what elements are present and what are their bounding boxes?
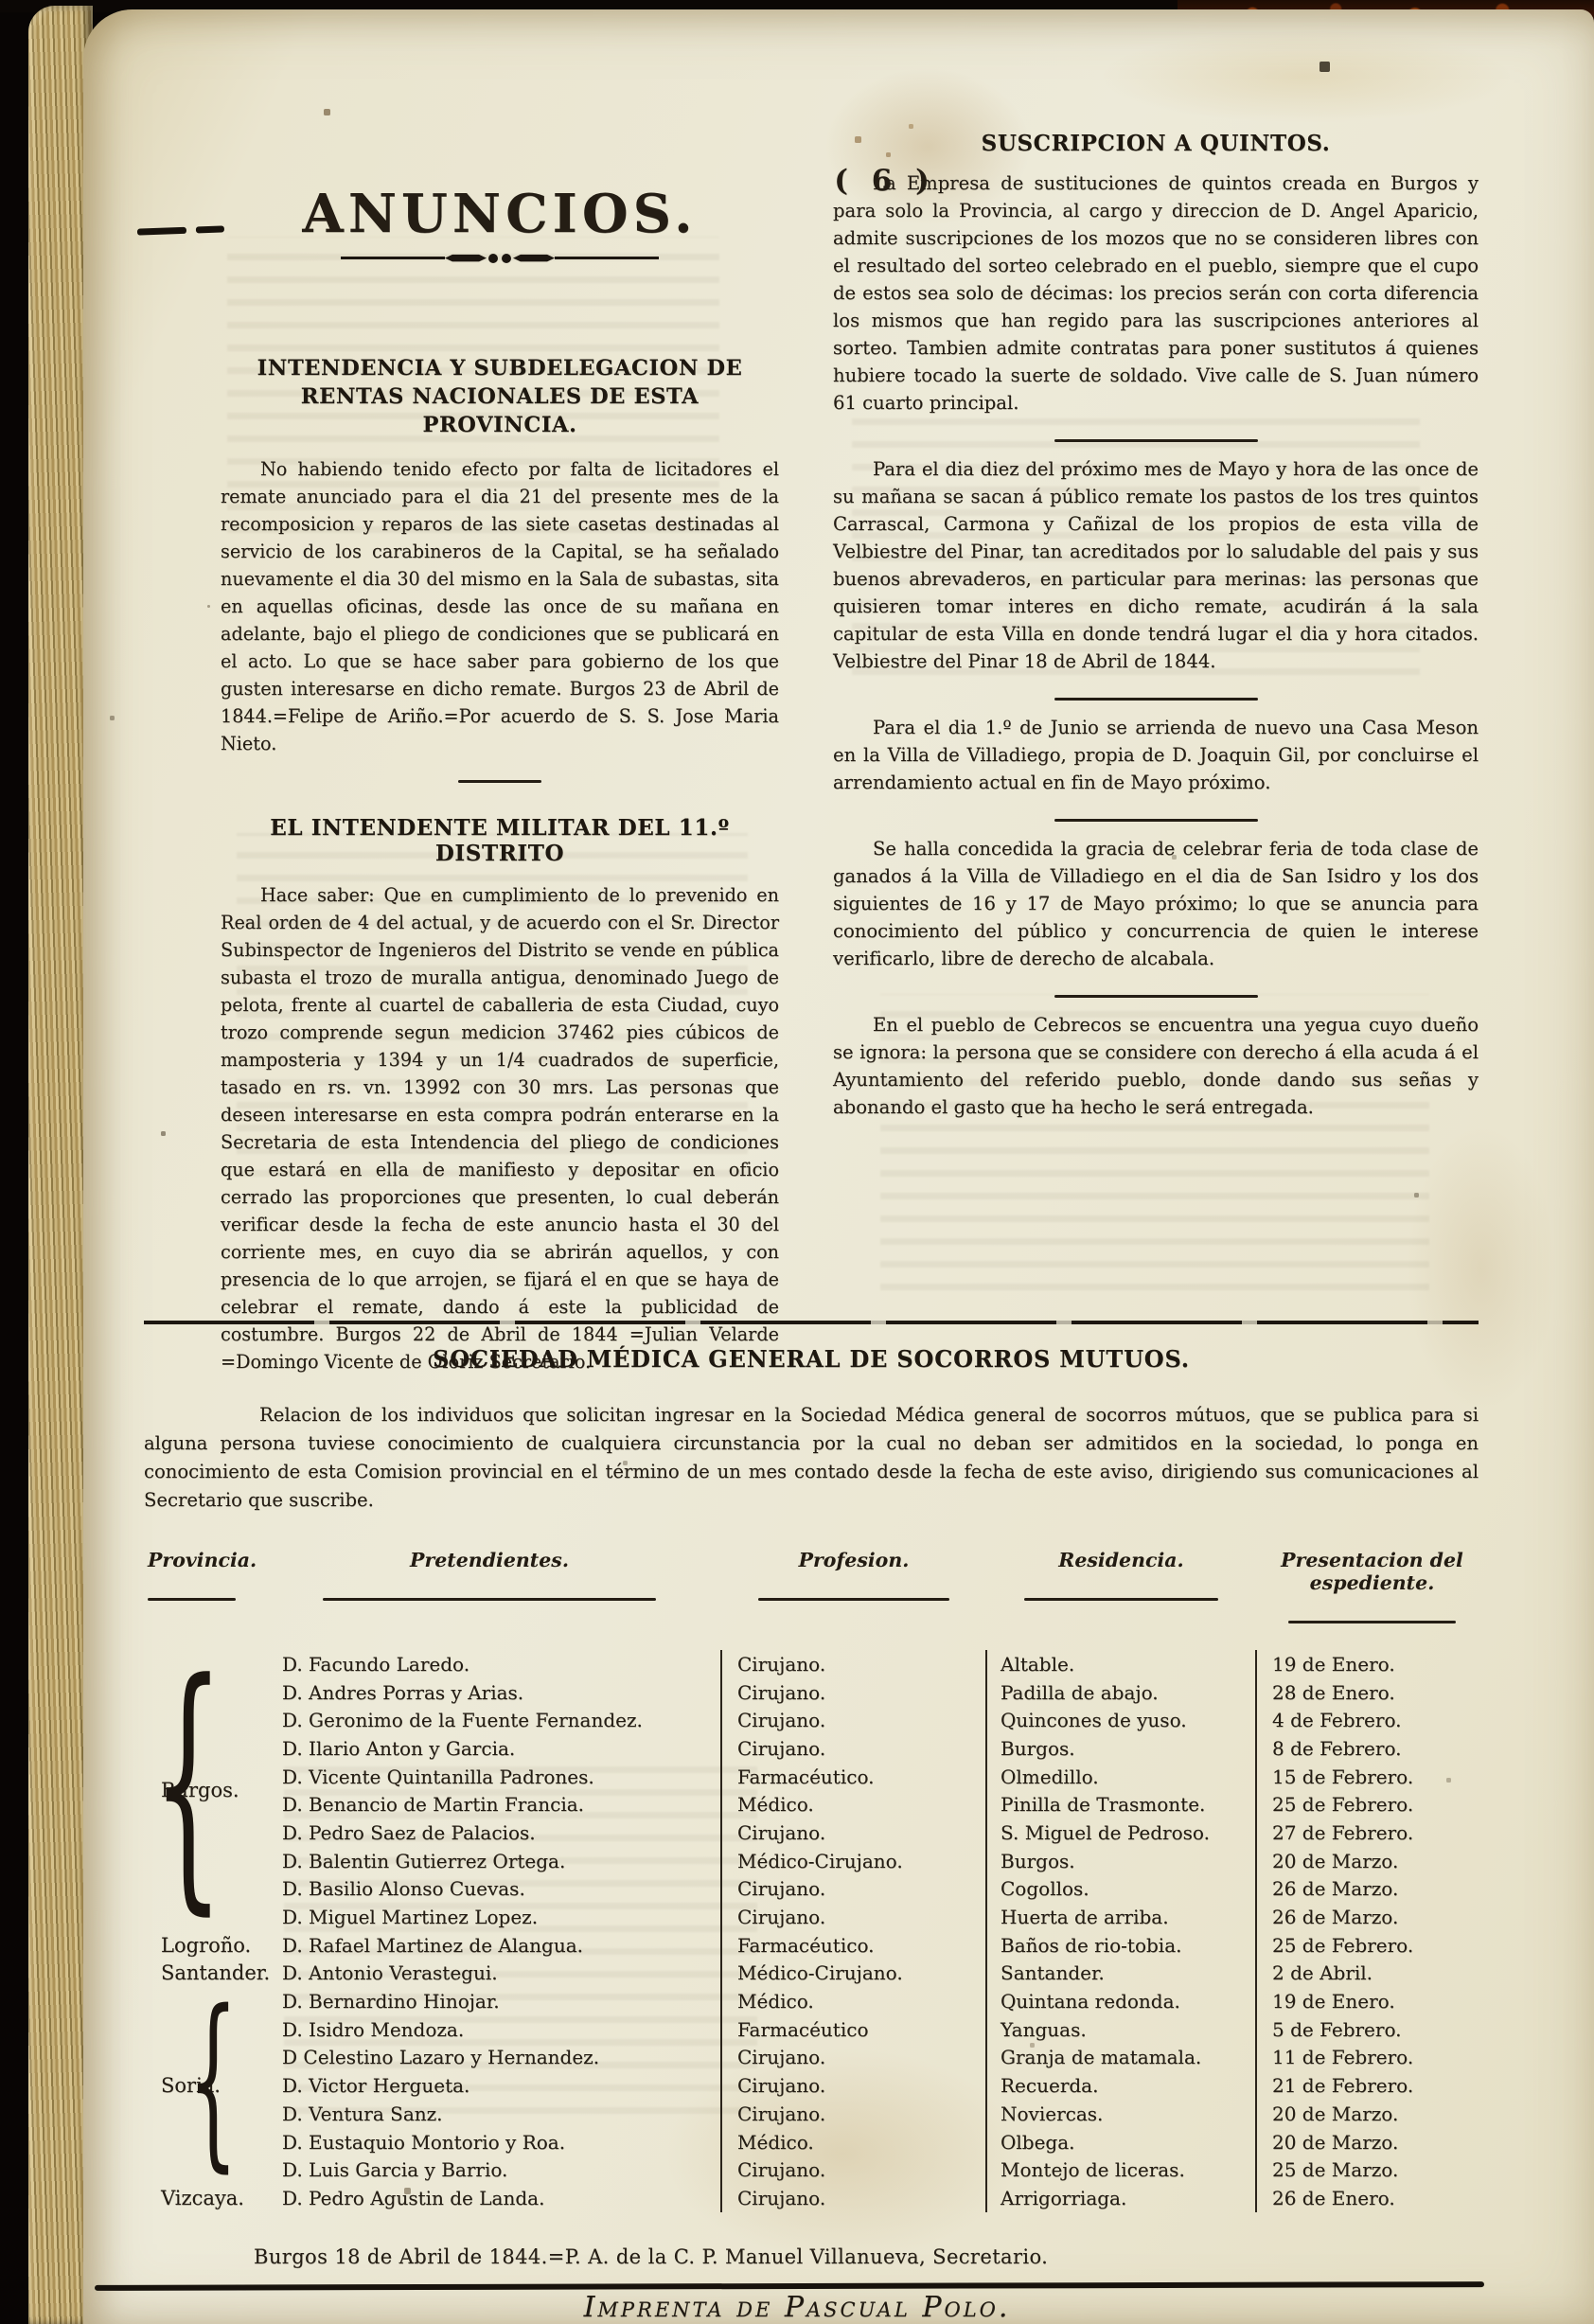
table-row: D. Ventura Sanz.Cirujano.Noviercas.20 de… [144,2100,1488,2128]
column-header-residencia: Residencia. [986,1549,1256,1623]
announcement-paragraph: Para el dia 1.º de Junio se arrienda de … [833,714,1479,796]
profession-cell: Cirujano. [721,2044,986,2072]
profession-cell: Médico-Cirujano. [721,1960,986,1988]
province-label: Logroño. [161,1934,251,1957]
table-row: D. Miguel Martinez Lopez.Cirujano.Huerta… [144,1903,1488,1931]
applicant-name-cell: D. Andres Porras y Arias. [257,1678,721,1707]
applicant-name-cell: D. Geronimo de la Fuente Fernandez. [257,1706,721,1734]
table-row: D. Victor Hergueta.Cirujano.Recuerda.21 … [144,2071,1488,2100]
profession-cell: Farmacéutico [721,2015,986,2044]
society-section: SOCIEDAD MÉDICA GENERAL DE SOCORROS MUTU… [144,1321,1479,2212]
section-separator [1054,819,1258,822]
applicant-name-cell: D. Miguel Martinez Lopez. [257,1903,721,1931]
table-row: D. Geronimo de la Fuente Fernandez.Ciruj… [144,1706,1488,1734]
profession-cell: Médico-Cirujano. [721,1847,986,1875]
section-separator [1054,439,1258,442]
profession-cell: Cirujano. [721,1678,986,1707]
applicant-name-cell: D. Benancio de Martin Francia. [257,1790,721,1818]
applicant-name-cell: D. Pedro Saez de Palacios. [257,1818,721,1847]
residence-cell: Montejo de liceras. [986,2155,1256,2184]
applicant-name-cell: D. Rafael Martinez de Alangua. [257,1931,721,1960]
table-row: D. Andres Porras y Arias.Cirujano.Padill… [144,1678,1488,1707]
province-cell: Logroño. [144,1931,257,1960]
residence-cell: Burgos. [986,1734,1256,1763]
column-header-pretendientes: Pretendientes. [257,1549,721,1623]
table-row: Burgos.{D. Facundo Laredo.Cirujano.Altab… [144,1650,1488,1678]
presentation-date-cell: 25 de Marzo. [1256,2155,1488,2184]
table-row: Santander.D. Antonio Verastegui.Médico-C… [144,1960,1488,1988]
province-cell: Burgos.{ [144,1650,257,1931]
section-heading-suscripcion: SUSCRIPCION A QUINTOS. [833,131,1479,156]
applicants-table: Provincia. Pretendientes. Profesion. Res… [144,1549,1479,2212]
profession-cell: Cirujano. [721,2184,986,2212]
paper-specks [0,0,1,1]
column-header-provincia: Provincia. [144,1549,257,1623]
table-row: D. Benancio de Martin Francia.Médico.Pin… [144,1790,1488,1818]
profession-cell: Médico. [721,1987,986,2015]
profession-cell: Cirujano. [721,1818,986,1847]
applicant-name-cell: D. Basilio Alonso Cuevas. [257,1875,721,1904]
section-body-intendencia: No habiendo tenido efecto por falta de l… [221,455,779,757]
presentation-date-cell: 26 de Marzo. [1256,1875,1488,1904]
table-row: D. Eustaquio Montorio y Roa.Médico.Olbeg… [144,2128,1488,2156]
profession-cell: Médico. [721,1790,986,1818]
presentation-date-cell: 15 de Febrero. [1256,1763,1488,1791]
applicant-name-cell: D. Ilario Anton y Garcia. [257,1734,721,1763]
profession-cell: Farmacéutico. [721,1931,986,1960]
presentation-date-cell: 25 de Febrero. [1256,1790,1488,1818]
masthead-title: ANUNCIOS. [221,186,779,244]
applicant-name-cell: D. Facundo Laredo. [257,1650,721,1678]
applicant-name-cell: D. Pedro Agustin de Landa. [257,2184,721,2212]
presentation-date-cell: 20 de Marzo. [1256,2128,1488,2156]
profession-cell: Farmacéutico. [721,1763,986,1791]
table-row: Soria.{D. Bernardino Hinojar.Médico.Quin… [144,1987,1488,2015]
profession-cell: Cirujano. [721,2155,986,2184]
presentation-date-cell: 2 de Abril. [1256,1960,1488,1988]
presentation-date-cell: 26 de Marzo. [1256,1903,1488,1931]
residence-cell: Baños de rio-tobia. [986,1931,1256,1960]
residence-cell: Recuerda. [986,2071,1256,2100]
table-row: Vizcaya.D. Pedro Agustin de Landa.Ciruja… [144,2184,1488,2212]
profession-cell: Cirujano. [721,1875,986,1904]
residence-cell: Noviercas. [986,2100,1256,2128]
presentation-date-cell: 25 de Febrero. [1256,1931,1488,1960]
presentation-date-cell: 19 de Enero. [1256,1987,1488,2015]
province-cell: Vizcaya. [144,2184,257,2212]
table-header-row: Provincia. Pretendientes. Profesion. Res… [144,1549,1479,1623]
announcement-paragraph: Para el dia diez del próximo mes de Mayo… [833,455,1479,675]
residence-cell: Pinilla de Trasmonte. [986,1790,1256,1818]
province-cell: Soria.{ [144,1987,257,2184]
residence-cell: Burgos. [986,1847,1256,1875]
presentation-date-cell: 8 de Febrero. [1256,1734,1488,1763]
presentation-date-cell: 11 de Febrero. [1256,2044,1488,2072]
table-row: D. Luis Garcia y Barrio.Cirujano.Montejo… [144,2155,1488,2184]
province-label: Vizcaya. [161,2187,244,2209]
residence-cell: Arrigorriaga. [986,2184,1256,2212]
profession-cell: Médico. [721,2128,986,2156]
applicant-name-cell: D. Isidro Mendoza. [257,2015,721,2044]
presentation-date-cell: 27 de Febrero. [1256,1818,1488,1847]
profession-cell: Cirujano. [721,2100,986,2128]
scanned-newspaper-page: { "page_number": "( 6 )", "masthead": "A… [0,0,1594,2324]
residence-cell: Yanguas. [986,2015,1256,2044]
left-column: ANUNCIOS. INTENDENCIA Y SUBDELEGACION DE… [221,186,779,1393]
applicant-name-cell: D. Luis Garcia y Barrio. [257,2155,721,2184]
applicants-table-grid: Burgos.{D. Facundo Laredo.Cirujano.Altab… [144,1650,1488,2212]
residence-cell: Quincones de yuso. [986,1706,1256,1734]
presentation-date-cell: 20 de Marzo. [1256,1847,1488,1875]
presentation-date-cell: 5 de Febrero. [1256,2015,1488,2044]
applicant-name-cell: D. Eustaquio Montorio y Roa. [257,2128,721,2156]
applicant-name-cell: D. Victor Hergueta. [257,2071,721,2100]
announcement-paragraph: Se halla concedida la gracia de celebrar… [833,835,1479,972]
applicant-name-cell: D. Balentin Gutierrez Ortega. [257,1847,721,1875]
table-row: D. Pedro Saez de Palacios.Cirujano.S. Mi… [144,1818,1488,1847]
section-heading-intendencia: INTENDENCIA Y SUBDELEGACION DE RENTAS NA… [252,354,749,440]
imprint-line: Imprenta de Pascual Polo. [0,2291,1594,2324]
table-row: D. Balentin Gutierrez Ortega.Médico-Ciru… [144,1847,1488,1875]
presentation-date-cell: 28 de Enero. [1256,1678,1488,1707]
applicant-name-cell: D. Bernardino Hinojar. [257,1987,721,2015]
ornament-divider [341,254,659,263]
residence-cell: Huerta de arriba. [986,1903,1256,1931]
society-table-body: Burgos.{D. Facundo Laredo.Cirujano.Altab… [144,1650,1488,2212]
section-top-rule [144,1321,1479,1324]
presentation-date-cell: 26 de Enero. [1256,2184,1488,2212]
profession-cell: Cirujano. [721,2071,986,2100]
presentation-date-cell: 20 de Marzo. [1256,2100,1488,2128]
residence-cell: Altable. [986,1650,1256,1678]
presentation-date-cell: 19 de Enero. [1256,1650,1488,1678]
residence-cell: S. Miguel de Pedroso. [986,1818,1256,1847]
society-footer: Burgos 18 de Abril de 1844.=P. A. de la … [254,2245,1048,2268]
column-header-profesion: Profesion. [721,1549,986,1623]
residence-cell: Olbega. [986,2128,1256,2156]
table-row: Logroño.D. Rafael Martinez de Alangua.Fa… [144,1931,1488,1960]
applicant-name-cell: D. Antonio Verastegui. [257,1960,721,1988]
section-separator [1054,698,1258,701]
residence-cell: Padilla de abajo. [986,1678,1256,1707]
table-row: D. Vicente Quintanilla Padrones.Farmacéu… [144,1763,1488,1791]
group-brace: { [152,1649,223,1916]
section-separator [458,780,541,783]
profession-cell: Cirujano. [721,1650,986,1678]
presentation-date-cell: 21 de Febrero. [1256,2071,1488,2100]
table-row: D. Ilario Anton y Garcia.Cirujano.Burgos… [144,1734,1488,1763]
table-row: D Celestino Lazaro y Hernandez.Cirujano.… [144,2044,1488,2072]
residence-cell: Santander. [986,1960,1256,1988]
section-heading-intendente-militar: EL INTENDENTE MILITAR DEL 11.º DISTRITO [221,815,779,866]
column-header-presentacion: Presentacion del espediente. [1256,1549,1488,1623]
right-column: SUSCRIPCION A QUINTOS. La Empresa de sus… [833,131,1479,1140]
profession-cell: Cirujano. [721,1706,986,1734]
applicant-name-cell: D. Ventura Sanz. [257,2100,721,2128]
section-body-intendente-militar: Hace saber: Que en cumplimiento de lo pr… [221,881,779,1375]
applicant-name-cell: D Celestino Lazaro y Hernandez. [257,2044,721,2072]
society-intro: Relacion de los individuos que solicitan… [144,1401,1479,1515]
presentation-date-cell: 4 de Febrero. [1256,1706,1488,1734]
applicant-name-cell: D. Vicente Quintanilla Padrones. [257,1763,721,1791]
residence-cell: Quintana redonda. [986,1987,1256,2015]
residence-cell: Cogollos. [986,1875,1256,1904]
announcement-paragraph: En el pueblo de Cebrecos se encuentra un… [833,1011,1479,1121]
table-row: D. Isidro Mendoza.FarmacéuticoYanguas.5 … [144,2015,1488,2044]
section-separator [1054,995,1258,998]
announcement-paragraph: La Empresa de sustituciones de quintos c… [833,169,1479,417]
group-brace: { [188,1986,239,2173]
residence-cell: Granja de matamala. [986,2044,1256,2072]
profession-cell: Cirujano. [721,1903,986,1931]
society-heading: SOCIEDAD MÉDICA GENERAL DE SOCORROS MUTU… [144,1345,1479,1373]
residence-cell: Olmedillo. [986,1763,1256,1791]
table-row: D. Basilio Alonso Cuevas.Cirujano.Cogoll… [144,1875,1488,1904]
profession-cell: Cirujano. [721,1734,986,1763]
